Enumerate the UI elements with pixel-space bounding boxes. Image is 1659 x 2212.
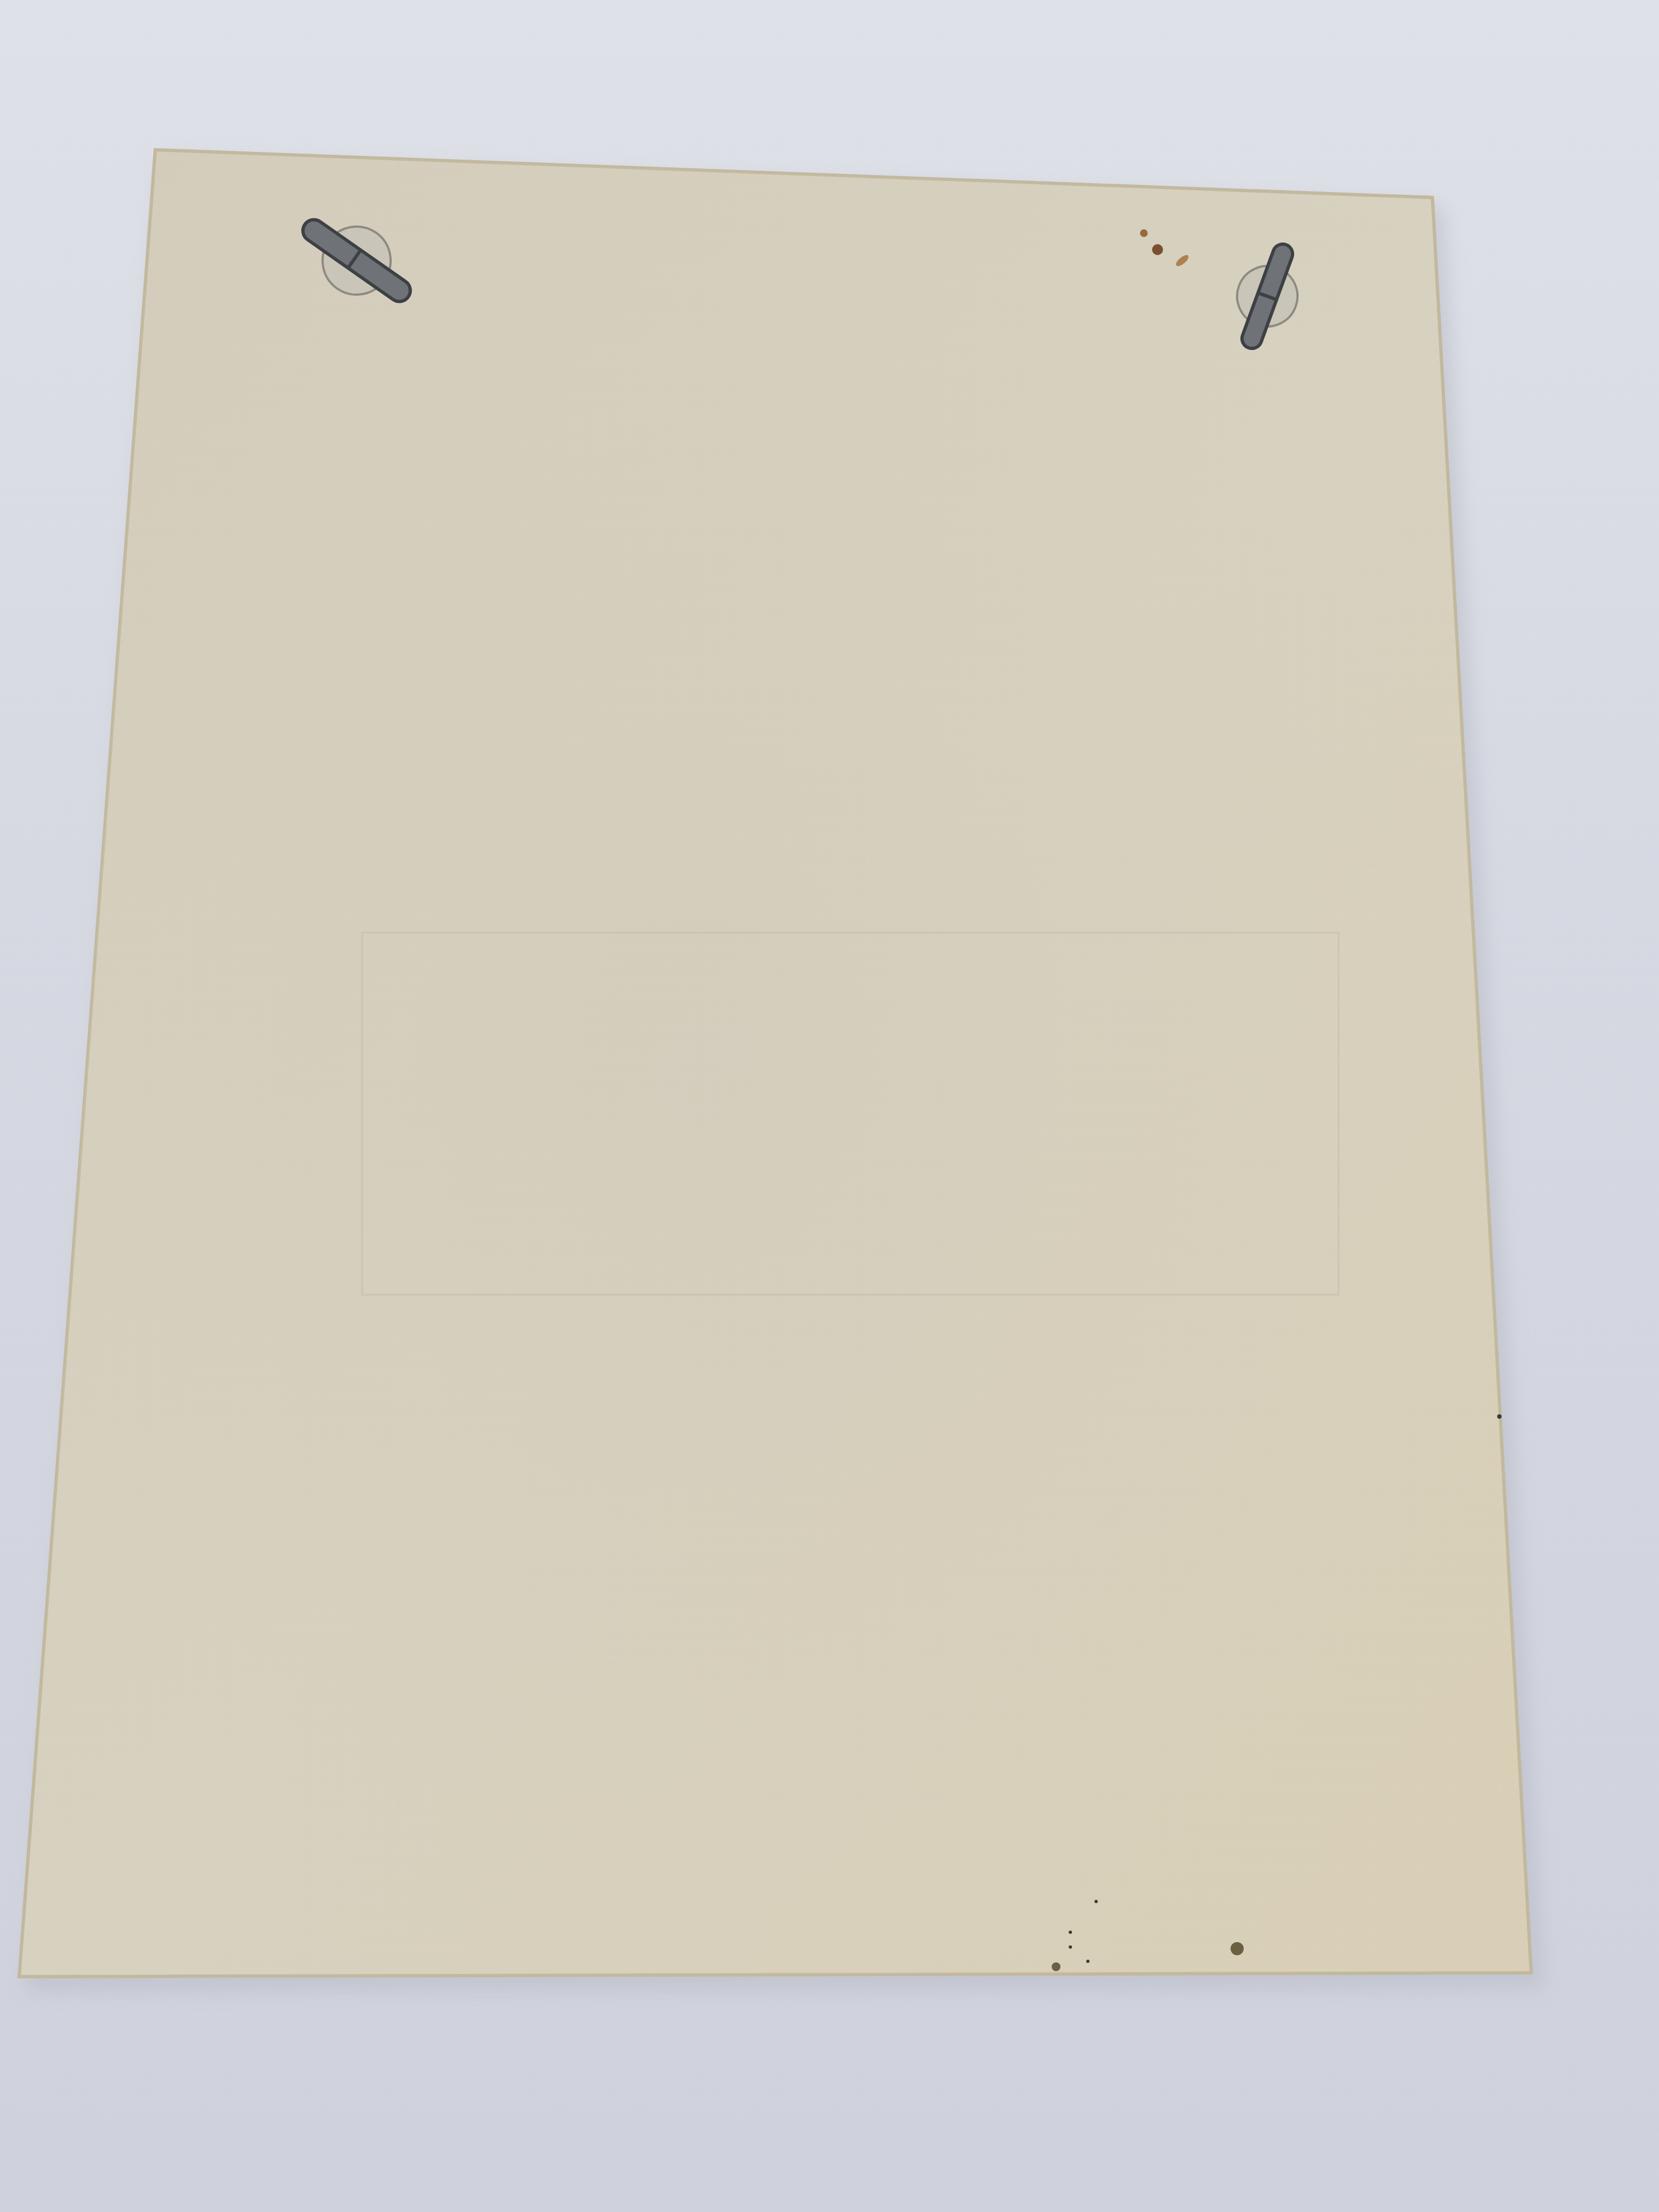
bottom-left-spot-icon: [1052, 1962, 1060, 1971]
dot-mark: [1086, 1960, 1090, 1963]
dot-mark: [1069, 1945, 1072, 1949]
photo-scene: [0, 0, 1659, 2212]
dot-mark: [1094, 1900, 1098, 1903]
dot-mark: [1497, 1414, 1502, 1419]
board-shading: [19, 150, 1531, 1977]
dot-mark: [1069, 1931, 1072, 1934]
bottom-spot-icon: [1231, 1942, 1244, 1955]
board-photo: [0, 0, 1659, 2212]
